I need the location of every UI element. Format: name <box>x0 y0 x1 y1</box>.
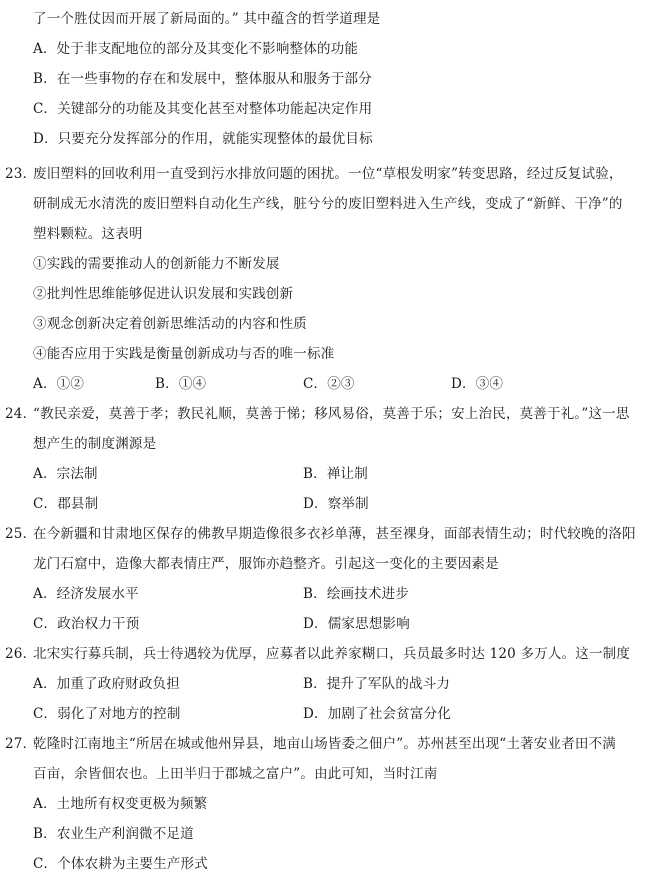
q25-option-a: A．经济发展水平 <box>33 586 139 602</box>
q25-options-row-1: A．经济发展水平 B．绘画技术进步 <box>33 584 633 604</box>
q27-number: 27． <box>5 734 33 754</box>
q23-statement-3: ③观念创新决定着创新思维活动的内容和性质 <box>33 314 307 334</box>
q25-number: 25． <box>5 524 33 544</box>
q25-option-b: B．绘画技术进步 <box>303 584 409 604</box>
q26-options-row-2: C．弱化了对地方的控制 D．加剧了社会贫富分化 <box>33 704 633 724</box>
q22-option-b: B．在一些事物的存在和发展中，整体服从和服务于部分 <box>33 69 372 89</box>
q23-statement-1: ①实践的需要推动人的创新能力不断发展 <box>33 254 280 274</box>
q25-option-c: C．政治权力干预 <box>33 616 139 632</box>
q22-option-d: D．只要充分发挥部分的作用，就能实现整体的最优目标 <box>33 129 373 149</box>
q23-statement-2: ②批判性思维能够促进认识发展和实践创新 <box>33 284 293 304</box>
q23-option-c: C．②③ <box>303 374 355 394</box>
q27-stem-line-2: 百亩，余皆佃农也。上田半归于郡城之富户”。由此可知，当时江南 <box>33 764 437 784</box>
q24-option-a: A．宗法制 <box>33 466 98 482</box>
q23-stem-line-1: 23．废旧塑料的回收利用一直受到污水排放问题的困扰。一位“草根发明家”转变思路，… <box>5 164 623 184</box>
q22-option-a: A．处于非支配地位的部分及其变化不影响整体的功能 <box>33 39 358 59</box>
q23-option-d: D．③④ <box>451 374 503 394</box>
q23-statement-4: ④能否应用于实践是衡量创新成功与否的唯一标准 <box>33 344 334 364</box>
q23-option-b: B．①④ <box>155 374 206 394</box>
q23-number: 23． <box>5 164 33 184</box>
q24-option-c: C．郡县制 <box>33 496 98 512</box>
q22-option-c: C．关键部分的功能及其变化甚至对整体功能起决定作用 <box>33 99 372 119</box>
q24-options-row-1: A．宗法制 B．禅让制 <box>33 464 633 484</box>
q27-stem-line-1: 27．乾隆时江南地主“所居在城或他州异县，地亩山场皆委之佃户”。苏州甚至出现“土… <box>5 734 616 754</box>
q22-stem-end: 了一个胜仗因而开展了新局面的。” 其中蕴含的哲学道理是 <box>33 9 380 29</box>
q24-option-d: D．察举制 <box>303 494 369 514</box>
q24-number: 24． <box>5 404 33 424</box>
q23-stem-line-3: 塑料颗粒。这表明 <box>33 224 143 244</box>
q26-number: 26． <box>5 644 33 664</box>
q26-option-d: D．加剧了社会贫富分化 <box>303 704 451 724</box>
q24-option-b: B．禅让制 <box>303 464 368 484</box>
q26-option-b: B．提升了军队的战斗力 <box>303 674 450 694</box>
q23-stem-line-2: 研制成无水清洗的废旧塑料自动化生产线，脏兮兮的废旧塑料进入生产线，变成了“新鲜、… <box>33 194 623 214</box>
q25-stem-line-2: 龙门石窟中，造像大都表情庄严，服饰亦趋整齐。引起这一变化的主要因素是 <box>33 554 499 574</box>
q24-stem-line-1: 24．“教民亲爱，莫善于孝；教民礼顺，莫善于悌；移风易俗，莫善于乐；安上治民，莫… <box>5 404 630 424</box>
q23-options: A．①② B．①④ C．②③ D．③④ <box>33 374 633 394</box>
q25-stem-line-1: 25．在今新疆和甘肃地区保存的佛教早期造像很多衣衫单薄，甚至裸身，面部表情生动；… <box>5 524 636 544</box>
q26-stem-line-1: 26．北宋实行募兵制，兵士待遇较为优厚，应募者以此养家糊口，兵员最多时达 120… <box>5 644 630 664</box>
q23-option-a: A．①② <box>33 374 84 394</box>
q24-options-row-2: C．郡县制 D．察举制 <box>33 494 633 514</box>
q26-option-c: C．弱化了对地方的控制 <box>33 706 181 722</box>
q25-option-d: D．儒家思想影响 <box>303 614 410 634</box>
q27-option-b: B．农业生产利润微不足道 <box>33 824 194 844</box>
q27-option-a: A．土地所有权变更极为频繁 <box>33 794 207 814</box>
q27-option-c: C．个体农耕为主要生产形式 <box>33 854 208 874</box>
q24-stem-line-2: 想产生的制度渊源是 <box>33 434 156 454</box>
q25-options-row-2: C．政治权力干预 D．儒家思想影响 <box>33 614 633 634</box>
q26-option-a: A．加重了政府财政负担 <box>33 676 180 692</box>
q26-options-row-1: A．加重了政府财政负担 B．提升了军队的战斗力 <box>33 674 633 694</box>
